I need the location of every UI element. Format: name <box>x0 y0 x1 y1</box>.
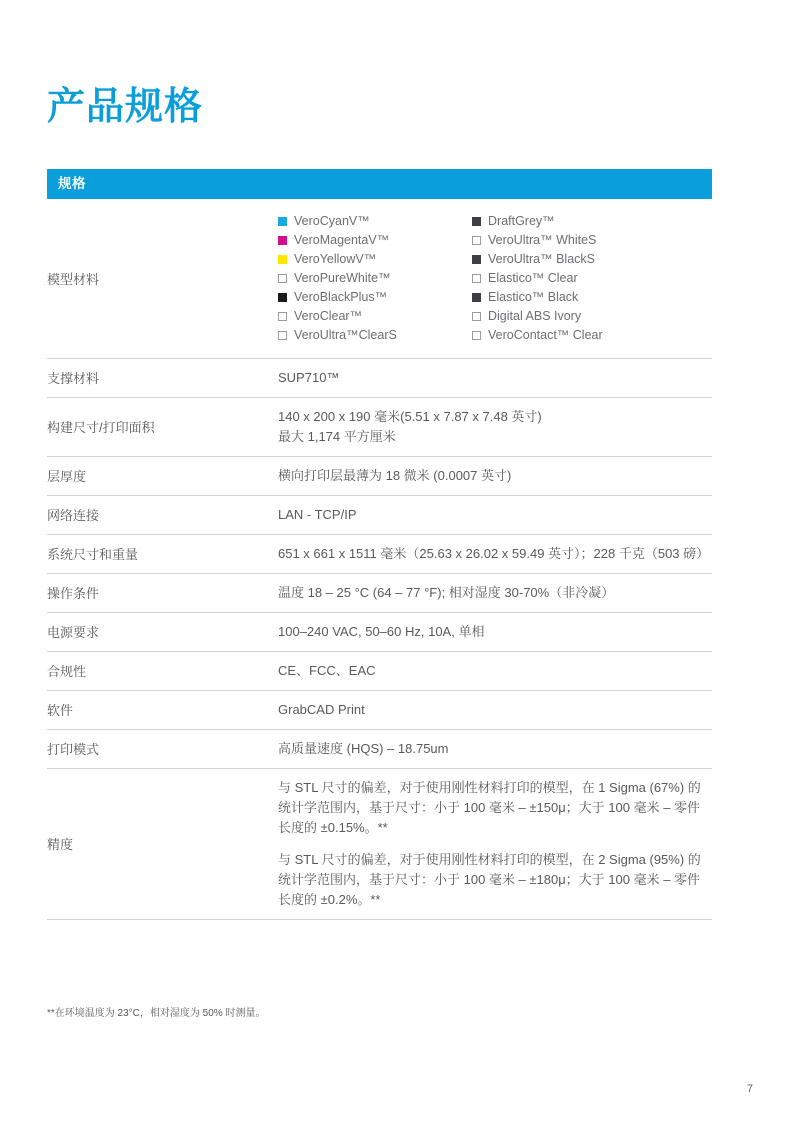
spec-row-value: 与 STL 尺寸的偏差，对于使用刚性材料打印的模型，在 1 Sigma (67%… <box>278 778 712 910</box>
spec-row-label: 构建尺寸/打印面积 <box>47 417 278 436</box>
material-name: Elastico™ Clear <box>488 268 578 288</box>
spec-row-print-modes: 打印模式 高质量速度 (HQS) – 18.75um <box>47 730 712 769</box>
material-item: VeroCyanV™ <box>278 212 472 231</box>
spec-row-support-material: 支撑材料 SUP710™ <box>47 359 712 398</box>
spec-row-compliance: 合规性 CE、FCC、EAC <box>47 652 712 691</box>
material-name: Digital ABS Ivory <box>488 306 581 326</box>
spec-row-operating-conditions: 操作条件 温度 18 – 25 °C (64 – 77 °F); 相对湿度 30… <box>47 574 712 613</box>
material-name: VeroUltra™ClearS <box>294 325 397 345</box>
material-swatch-icon <box>472 312 481 321</box>
spec-row-value: 横向打印层最薄为 18 微米 (0.0007 英寸) <box>278 466 712 486</box>
spec-row-value: 651 x 661 x 1511 毫米（25.63 x 26.02 x 59.4… <box>278 544 712 564</box>
spec-row-power: 电源要求 100–240 VAC, 50–60 Hz, 10A, 单相 <box>47 613 712 652</box>
spec-value-line: 140 x 200 x 190 毫米(5.51 x 7.87 x 7.48 英寸… <box>278 407 712 427</box>
material-item: Digital ABS Ivory <box>472 307 712 326</box>
material-name: VeroYellowV™ <box>294 249 376 269</box>
spec-row-value: 100–240 VAC, 50–60 Hz, 10A, 单相 <box>278 622 712 642</box>
spec-row-label: 层厚度 <box>47 466 278 485</box>
footnote: **在环境温度为 23°C，相对湿度为 50% 时测量。 <box>47 1004 265 1019</box>
material-name: VeroCyanV™ <box>294 211 370 231</box>
material-item: VeroPureWhite™ <box>278 269 472 288</box>
materials-column-left: VeroCyanV™ VeroMagentaV™ VeroYellowV™ Ve… <box>278 212 472 345</box>
accuracy-paragraph-1sigma: 与 STL 尺寸的偏差，对于使用刚性材料打印的模型，在 1 Sigma (67%… <box>278 778 712 838</box>
spec-row-label: 网络连接 <box>47 505 278 524</box>
material-name: VeroBlackPlus™ <box>294 287 387 307</box>
material-swatch-icon <box>278 236 287 245</box>
material-name: VeroUltra™ BlackS <box>488 249 595 269</box>
spec-row-value: SUP710™ <box>278 368 712 388</box>
material-item: Elastico™ Black <box>472 288 712 307</box>
spec-row-value: 温度 18 – 25 °C (64 – 77 °F); 相对湿度 30-70%（… <box>278 583 712 603</box>
spec-table-header: 规格 <box>47 169 712 199</box>
spec-row-model-materials: 模型材料 VeroCyanV™ VeroMagentaV™ VeroYellow… <box>47 199 712 359</box>
spec-row-software: 软件 GrabCAD Print <box>47 691 712 730</box>
material-swatch-icon <box>278 312 287 321</box>
spec-row-value: 140 x 200 x 190 毫米(5.51 x 7.87 x 7.48 英寸… <box>278 407 712 447</box>
material-name: VeroClear™ <box>294 306 362 326</box>
material-swatch-icon <box>278 217 287 226</box>
spec-table-header-label: 规格 <box>58 176 86 191</box>
spec-row-build-size: 构建尺寸/打印面积 140 x 200 x 190 毫米(5.51 x 7.87… <box>47 398 712 457</box>
spec-value-line: 最大 1,174 平方厘米 <box>278 427 712 447</box>
material-swatch-icon <box>472 217 481 226</box>
page-title: 产品规格 <box>47 86 712 130</box>
spec-row-value: LAN - TCP/IP <box>278 505 712 525</box>
spec-row-system-size-weight: 系统尺寸和重量 651 x 661 x 1511 毫米（25.63 x 26.0… <box>47 535 712 574</box>
material-name: VeroPureWhite™ <box>294 268 391 288</box>
spec-row-accuracy: 精度 与 STL 尺寸的偏差，对于使用刚性材料打印的模型，在 1 Sigma (… <box>47 769 712 920</box>
material-swatch-icon <box>472 293 481 302</box>
material-name: VeroMagentaV™ <box>294 230 389 250</box>
spec-row-value: GrabCAD Print <box>278 700 712 720</box>
material-item: VeroMagentaV™ <box>278 231 472 250</box>
material-name: DraftGrey™ <box>488 211 555 231</box>
material-name: VeroUltra™ WhiteS <box>488 230 596 250</box>
spec-row-label: 打印模式 <box>47 739 278 758</box>
materials-column-right: DraftGrey™ VeroUltra™ WhiteS VeroUltra™ … <box>472 212 712 345</box>
spec-row-network: 网络连接 LAN - TCP/IP <box>47 496 712 535</box>
material-item: Elastico™ Clear <box>472 269 712 288</box>
spec-row-label: 电源要求 <box>47 622 278 641</box>
material-item: DraftGrey™ <box>472 212 712 231</box>
material-swatch-icon <box>472 236 481 245</box>
material-item: VeroUltra™ClearS <box>278 326 472 345</box>
material-item: VeroUltra™ WhiteS <box>472 231 712 250</box>
material-swatch-icon <box>278 274 287 283</box>
material-swatch-icon <box>472 331 481 340</box>
materials-columns: VeroCyanV™ VeroMagentaV™ VeroYellowV™ Ve… <box>278 212 712 345</box>
spec-sheet-page: 产品规格 规格 模型材料 VeroCyanV™ VeroMagentaV™ <box>0 0 793 1121</box>
material-item: VeroContact™ Clear <box>472 326 712 345</box>
spec-row-value: CE、FCC、EAC <box>278 661 712 681</box>
material-item: VeroBlackPlus™ <box>278 288 472 307</box>
spec-row-label: 支撑材料 <box>47 368 278 387</box>
material-swatch-icon <box>472 274 481 283</box>
page-content: 产品规格 规格 模型材料 VeroCyanV™ VeroMagentaV™ <box>47 0 712 920</box>
material-item: VeroClear™ <box>278 307 472 326</box>
material-swatch-icon <box>278 255 287 264</box>
spec-row-label: 精度 <box>47 834 278 853</box>
page-number: 7 <box>747 1083 753 1095</box>
material-item: VeroUltra™ BlackS <box>472 250 712 269</box>
material-name: Elastico™ Black <box>488 287 578 307</box>
spec-row-value: 高质量速度 (HQS) – 18.75um <box>278 739 712 759</box>
spec-row-layer-thickness: 层厚度 横向打印层最薄为 18 微米 (0.0007 英寸) <box>47 457 712 496</box>
spec-row-label: 操作条件 <box>47 583 278 602</box>
spec-row-label: 合规性 <box>47 661 278 680</box>
material-name: VeroContact™ Clear <box>488 325 603 345</box>
material-swatch-icon <box>278 331 287 340</box>
material-item: VeroYellowV™ <box>278 250 472 269</box>
material-swatch-icon <box>278 293 287 302</box>
material-swatch-icon <box>472 255 481 264</box>
spec-row-label: 系统尺寸和重量 <box>47 544 278 563</box>
accuracy-paragraph-2sigma: 与 STL 尺寸的偏差，对于使用刚性材料打印的模型，在 2 Sigma (95%… <box>278 850 712 910</box>
spec-row-label: 软件 <box>47 700 278 719</box>
spec-row-label: 模型材料 <box>47 269 278 288</box>
